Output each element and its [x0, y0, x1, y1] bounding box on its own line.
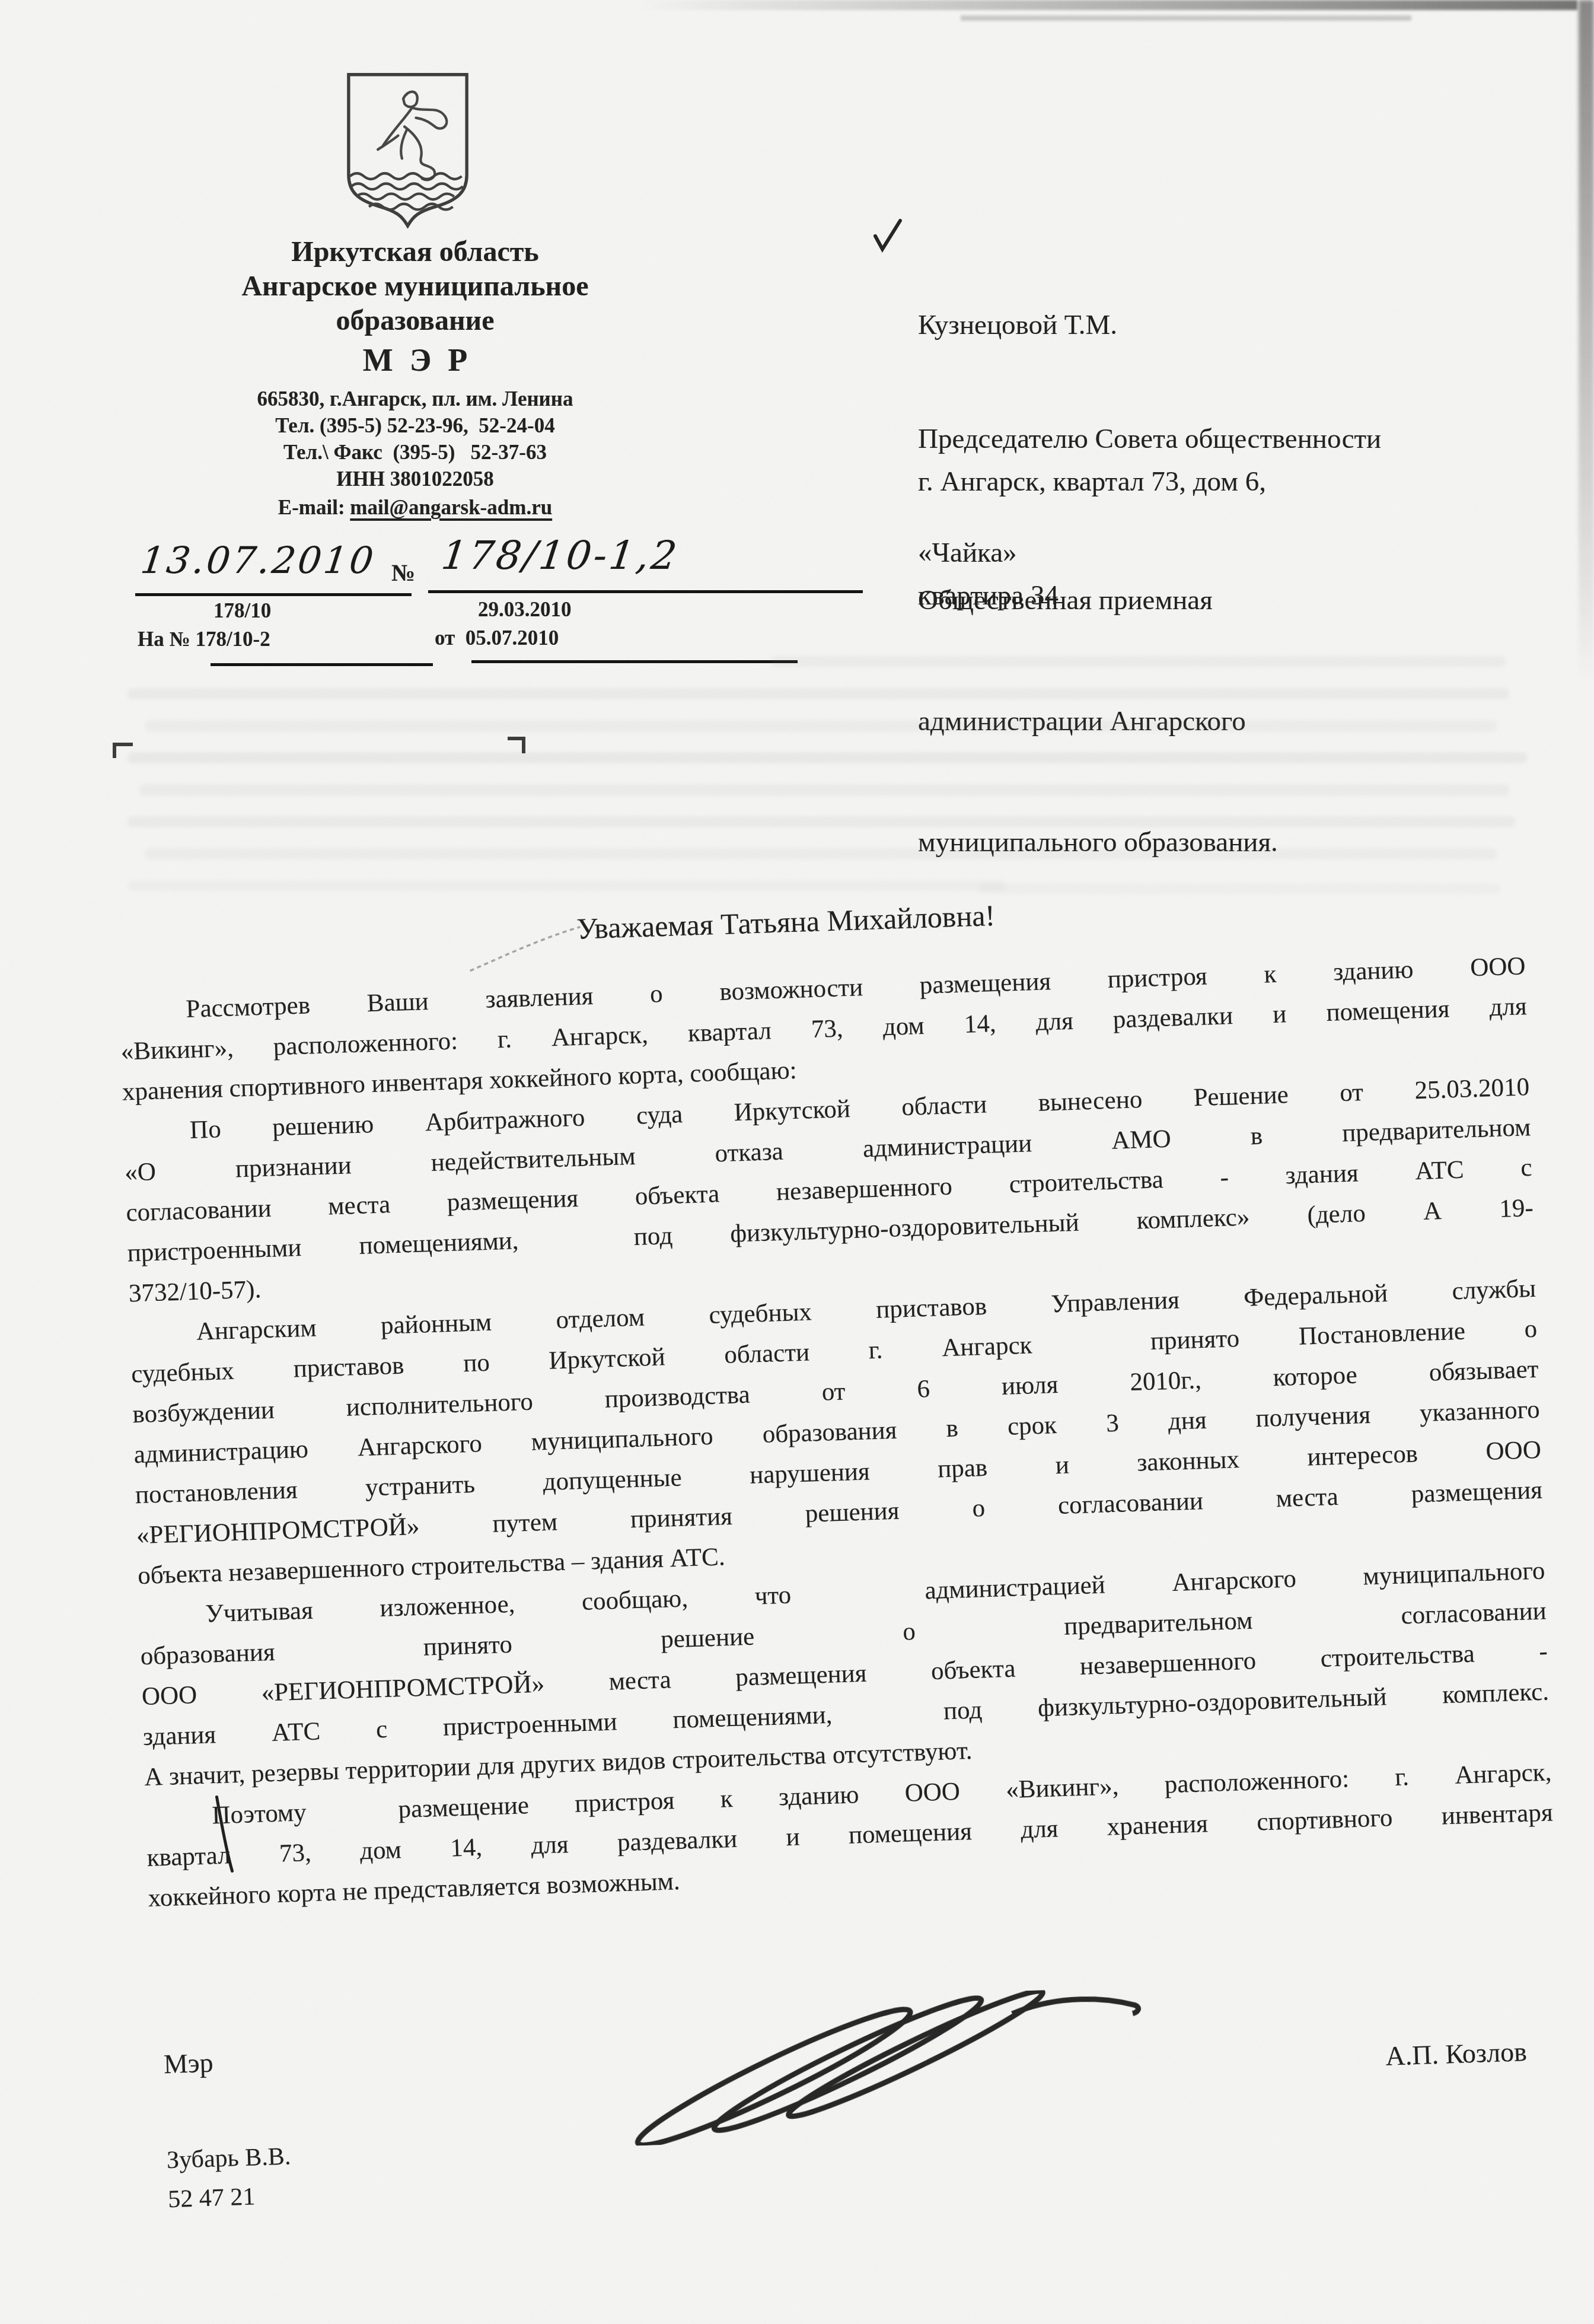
outgoing-date-handwritten: 13.07.2010: [139, 539, 378, 582]
outgoing-number-handwritten: 178/10-1,2: [439, 533, 681, 578]
runner-figure-icon: [378, 92, 447, 180]
letter-content: Уважаемая Татьяна Михайловна! Рассмотрев…: [89, 843, 1592, 2284]
executor-name: Зубарь В.В.: [166, 2142, 291, 2175]
angarsk-coat-of-arms: [341, 68, 474, 228]
letterhead-fax: Тел.\ Факс (395-5) 52-37-63: [101, 439, 729, 466]
incoming-date: от 05.07.2010: [435, 626, 559, 650]
signer-name: А.П. Козлов: [1385, 2036, 1528, 2072]
corner-mark-right: [508, 737, 525, 753]
email-label: E-mail:: [278, 496, 350, 519]
number-sign: №: [391, 559, 415, 587]
pencil-stroke: [467, 925, 584, 973]
rule-under-incoming-date: [471, 660, 798, 663]
incoming-reference: На № 178/10-2: [138, 628, 270, 651]
letterhead-phone: Тел. (395-5) 52-23-96, 52-24-04: [101, 412, 729, 439]
rule-under-date: [135, 593, 412, 596]
letterhead-org-line1: Ангарское муниципальное: [101, 269, 729, 304]
letterhead-email-line: E-mail: mail@angarsk-adm.ru: [101, 494, 729, 521]
corner-mark-left: [113, 743, 133, 758]
stamp-date: 29.03.2010: [478, 598, 572, 622]
rule-under-number: [428, 590, 863, 593]
handwritten-slash-mark: [212, 1795, 239, 1874]
scan-right-edge-band: [1579, 0, 1594, 682]
letter-body: Рассмотрев Ваши заявления о возможности …: [119, 946, 1555, 1919]
scanned-letter-page: Иркутская область Ангарское муниципально…: [0, 0, 1594, 2324]
rule-under-incoming-number: [211, 663, 433, 666]
check-mark-icon: [873, 218, 904, 255]
executor-phone: 52 47 21: [168, 2182, 256, 2214]
letterhead-post-title: МЭР: [101, 340, 729, 380]
letterhead-postal-address: 665830, г.Ангарск, пл. им. Ленина: [101, 386, 729, 412]
salutation: Уважаемая Татьяна Михайловна!: [576, 898, 996, 946]
letterhead: Иркутская область Ангарское муниципально…: [101, 235, 729, 521]
scan-top-smudge-2: [961, 15, 1411, 21]
email-address: mail@angarsk-adm.ru: [350, 496, 552, 519]
addressee-address-line1: г. Ангарск, квартал 73, дом 6,: [918, 463, 1547, 501]
copy-line1: Общественная приемная: [918, 580, 1547, 620]
letterhead-inn: ИНН 3801022058: [101, 466, 729, 492]
signature-scribble: [594, 1986, 1167, 2147]
letterhead-org-line2: образование: [101, 304, 729, 338]
stamp-number: 178/10: [213, 599, 271, 623]
addressee-name: Кузнецовой Т.М.: [918, 306, 1547, 344]
signer-position: Мэр: [163, 2047, 213, 2080]
scan-top-smudge: [640, 0, 1577, 10]
letterhead-region: Иркутская область: [101, 235, 729, 269]
